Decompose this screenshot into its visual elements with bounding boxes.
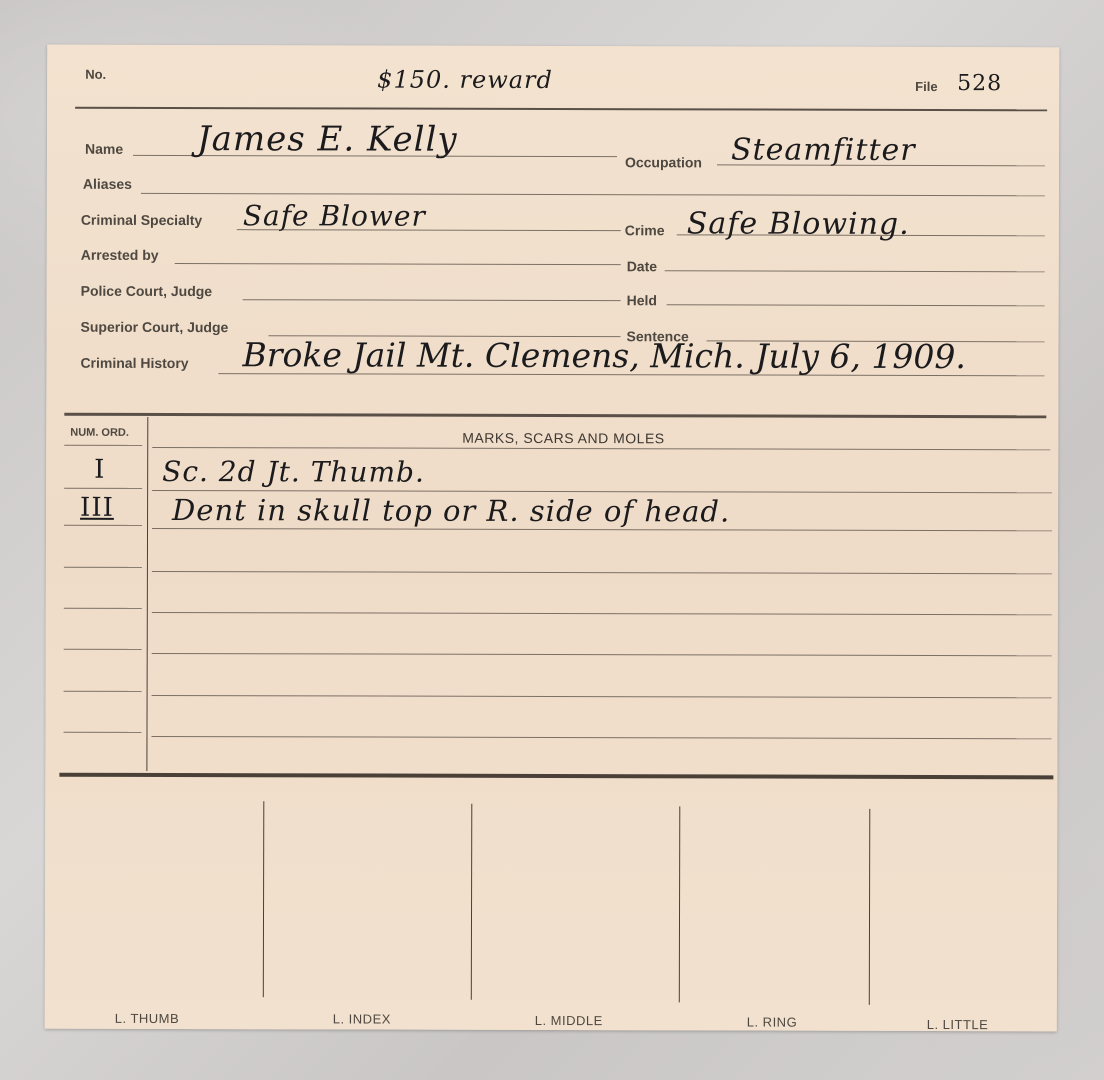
fingerprint-divider bbox=[59, 773, 1053, 780]
row-rule bbox=[64, 649, 142, 650]
file-number: 528 bbox=[957, 71, 1002, 96]
held-label: Held bbox=[627, 292, 657, 308]
held-line bbox=[667, 304, 1045, 306]
num-header-rule bbox=[64, 445, 142, 446]
date-line bbox=[665, 270, 1045, 272]
aliases-line bbox=[141, 193, 1045, 196]
row-rule bbox=[64, 608, 142, 609]
aliases-label: Aliases bbox=[83, 176, 132, 192]
date-label: Date bbox=[627, 258, 657, 274]
police-court-judge-line bbox=[243, 299, 621, 301]
row-rule bbox=[152, 653, 1052, 656]
fingerprint-label-middle: L. MIDDLE bbox=[535, 1013, 603, 1028]
record-card: No. $150. reward File 528 Name James E. … bbox=[45, 45, 1060, 1032]
file-label: File bbox=[915, 79, 937, 94]
num-ord-cell[interactable]: I bbox=[94, 455, 105, 485]
fingerprint-box-divider bbox=[869, 809, 871, 1005]
row-rule bbox=[152, 612, 1052, 615]
fingerprint-label-little: L. LITTLE bbox=[927, 1017, 989, 1032]
mark-cell[interactable]: Dent in skull top or R. side of head. bbox=[172, 493, 730, 528]
row-rule bbox=[152, 528, 1052, 531]
table-row: I Sc. 2d Jt. Thumb. bbox=[47, 45, 1059, 48]
occupation-label: Occupation bbox=[625, 154, 702, 170]
fingerprint-label-thumb: L. THUMB bbox=[115, 1011, 179, 1026]
row-rule bbox=[64, 691, 142, 692]
fingerprint-box-divider bbox=[471, 804, 473, 1000]
fingerprint-box-divider bbox=[679, 806, 681, 1002]
num-ord-header: NUM. ORD. bbox=[70, 427, 129, 439]
marks-top-border bbox=[64, 413, 1046, 419]
arrested-by-line bbox=[175, 263, 621, 265]
header-divider bbox=[75, 107, 1047, 112]
arrested-by-label: Arrested by bbox=[81, 247, 159, 263]
mark-cell[interactable]: Sc. 2d Jt. Thumb. bbox=[162, 455, 425, 489]
marks-column-divider bbox=[146, 417, 148, 771]
row-rule bbox=[64, 488, 142, 489]
crime-value[interactable]: Safe Blowing. bbox=[687, 206, 910, 242]
superior-court-judge-label: Superior Court, Judge bbox=[81, 319, 229, 335]
marks-header: MARKS, SCARS AND MOLES bbox=[462, 430, 664, 447]
fingerprint-box-divider bbox=[263, 801, 265, 997]
marks-header-rule bbox=[152, 447, 1050, 450]
criminal-history-label: Criminal History bbox=[80, 355, 188, 371]
fingerprint-label-ring: L. RING bbox=[747, 1015, 798, 1030]
name-label: Name bbox=[85, 141, 123, 157]
table-row: III Dent in skull top or R. side of head… bbox=[47, 45, 1059, 48]
row-rule bbox=[151, 736, 1051, 739]
row-rule bbox=[63, 732, 141, 733]
criminal-specialty-value[interactable]: Safe Blower bbox=[243, 199, 426, 232]
num-ord-cell[interactable]: III bbox=[80, 493, 114, 523]
crime-label: Crime bbox=[625, 222, 665, 238]
criminal-specialty-label: Criminal Specialty bbox=[81, 212, 202, 228]
no-label: No. bbox=[85, 67, 106, 82]
row-rule bbox=[152, 695, 1052, 698]
fingerprint-label-index: L. INDEX bbox=[333, 1011, 391, 1026]
reward-text: $150. reward bbox=[377, 66, 553, 94]
row-rule bbox=[152, 571, 1052, 574]
occupation-value[interactable]: Steamfitter bbox=[731, 132, 916, 167]
criminal-history-value[interactable]: Broke Jail Mt. Clemens, Mich. July 6, 19… bbox=[242, 335, 966, 376]
police-court-judge-label: Police Court, Judge bbox=[81, 283, 213, 299]
row-rule bbox=[64, 567, 142, 568]
row-rule bbox=[64, 525, 142, 526]
name-value[interactable]: James E. Kelly bbox=[197, 119, 458, 160]
